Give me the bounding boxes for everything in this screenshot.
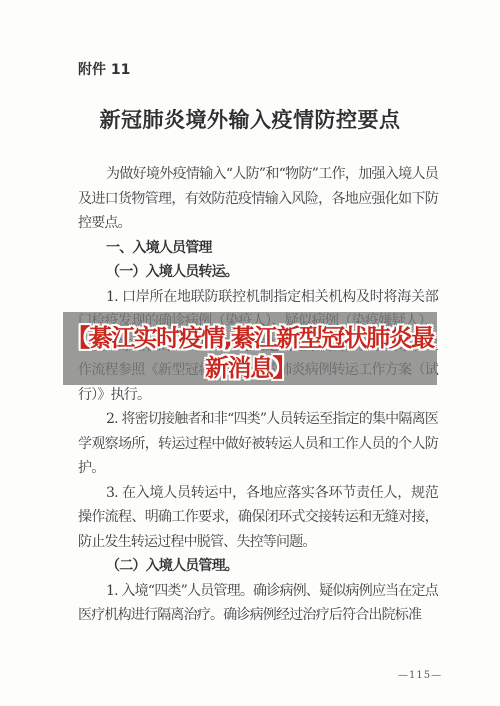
section-heading: （一）入境人员转运。 <box>78 260 438 285</box>
paragraph: 3. 在入境人员转运中，各地应落实各环节责任人，规范操作流程、明确工作要求，确保… <box>78 481 438 555</box>
paragraph: 2. 将密切接触者和非“四类”人员转运至指定的集中隔离医学观察场所，转运过程中做… <box>78 407 438 481</box>
watermark-line-2: 新消息】 <box>0 353 500 383</box>
attachment-label: 附件 11 <box>78 59 130 79</box>
document-page: 附件 11 新冠肺炎境外输入疫情防控要点 为做好境外疫情输入“人防”和“物防”工… <box>0 0 500 706</box>
watermark-line-1: 【綦江实时疫情,綦江新型冠状肺炎最 <box>0 323 500 353</box>
section-heading: （二）入境人员管理。 <box>78 554 438 579</box>
watermark-headline: 【綦江实时疫情,綦江新型冠状肺炎最 新消息】 <box>0 323 500 383</box>
document-body: 为做好境外疫情输入“人防”和“物防”工作，加强入境人员及进口货物管理，有效防范疫… <box>78 162 438 628</box>
section-heading: 一、入境人员管理 <box>78 236 438 261</box>
document-title: 新冠肺炎境外输入疫情防控要点 <box>0 104 500 134</box>
paragraph: 为做好境外疫情输入“人防”和“物防”工作，加强入境人员及进口货物管理，有效防范疫… <box>78 162 438 236</box>
page-number: —115— <box>398 670 442 681</box>
paragraph: 1. 入境“四类”人员管理。确诊病例、疑似病例应当在定点医疗机构进行隔离治疗。确… <box>78 579 438 628</box>
